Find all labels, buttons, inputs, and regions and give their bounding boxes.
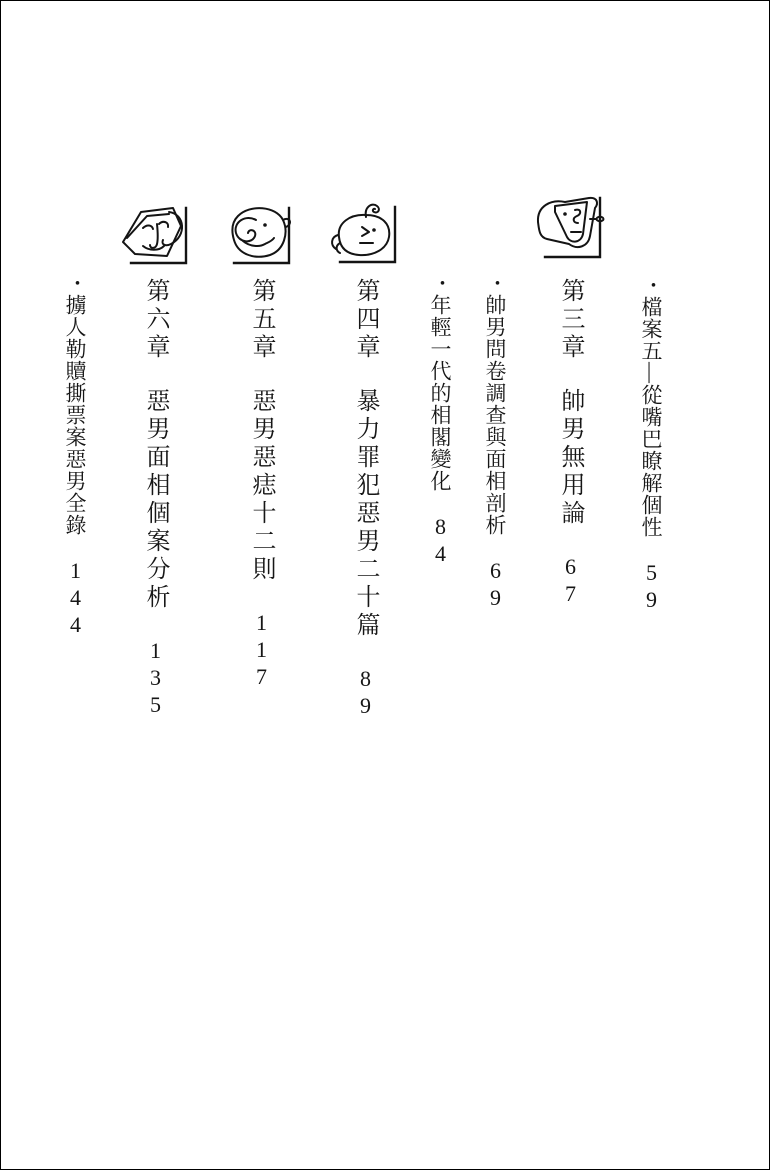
page-number: 144 bbox=[63, 558, 88, 639]
chapter-label: 第五章 bbox=[248, 278, 274, 362]
toc-entry-chapter-6: 第六章惡男面相個案分析135 bbox=[138, 278, 172, 719]
toc-entry-chapter-5: 第五章惡男惡痣十二則117 bbox=[244, 278, 278, 691]
toc-sub-text: 檔案五—從嘴巴瞭解個性 bbox=[639, 296, 663, 538]
page-number: 89 bbox=[353, 666, 378, 720]
toc-sub-entry: ・檔案五—從嘴巴瞭解個性59 bbox=[636, 275, 666, 614]
toc-sub-entry: ・帥男問卷調查與面相剖析69 bbox=[480, 273, 510, 612]
page-number: 117 bbox=[249, 610, 274, 691]
toc-entry-chapter-4: 第四章暴力罪犯惡男二十篇89 bbox=[348, 278, 382, 720]
bullet-marker: ・ bbox=[484, 273, 506, 294]
chapter-title: 惡男面相個案分析 bbox=[142, 388, 168, 612]
page-number: 59 bbox=[639, 560, 664, 614]
chapter-label: 第四章 bbox=[352, 278, 378, 362]
chapter-title: 惡男惡痣十二則 bbox=[248, 388, 274, 584]
toc-sub-text: 帥男問卷調查與面相剖析 bbox=[483, 294, 507, 536]
toc-entry-chapter-3: 第三章帥男無用論67 bbox=[553, 278, 587, 608]
doodle-face-sprout-icon bbox=[325, 199, 403, 271]
chapter-label: 第六章 bbox=[142, 278, 168, 362]
toc-sub-text: 年輕一代的相閣變化 bbox=[428, 294, 452, 492]
page-number: 67 bbox=[558, 554, 583, 608]
toc-sub-entry: ・擄人勒贖撕票案惡男全錄144 bbox=[60, 273, 90, 639]
page-number: 135 bbox=[143, 638, 168, 719]
chapter-label: 第三章 bbox=[557, 278, 583, 362]
toc-page: ・檔案五—從嘴巴瞭解個性59 第三章帥男無用論67 ・帥男問卷調查與面相剖析69… bbox=[0, 0, 770, 1170]
page-number: 69 bbox=[483, 558, 508, 612]
toc-sub-text: 擄人勒贖撕票案惡男全錄 bbox=[63, 294, 87, 536]
doodle-face-round-icon bbox=[219, 200, 297, 272]
page-number: 84 bbox=[428, 514, 453, 568]
doodle-face-pipe-icon bbox=[530, 194, 608, 266]
bullet-marker: ・ bbox=[429, 273, 451, 294]
bullet-marker: ・ bbox=[640, 275, 662, 296]
doodle-face-scribble-icon bbox=[116, 200, 194, 272]
toc-sub-entry: ・年輕一代的相閣變化84 bbox=[425, 273, 455, 568]
chapter-title: 暴力罪犯惡男二十篇 bbox=[352, 388, 378, 640]
bullet-marker: ・ bbox=[64, 273, 86, 294]
chapter-title: 帥男無用論 bbox=[557, 388, 583, 528]
